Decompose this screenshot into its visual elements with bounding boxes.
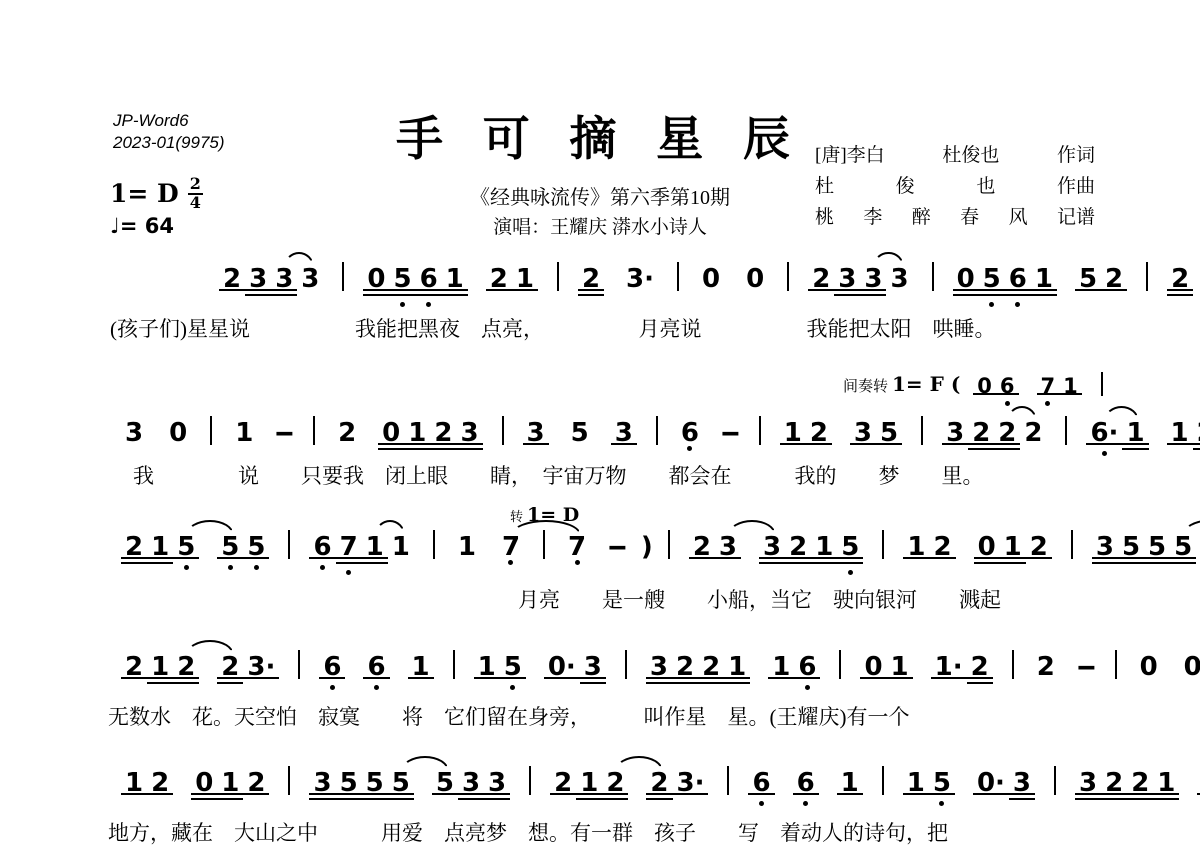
time-signature: 24 bbox=[188, 176, 203, 212]
octave-dot bbox=[400, 302, 405, 307]
beam-underline bbox=[759, 562, 863, 564]
lyrics-line-3: 月亮 是一艘 小船，当它 驶向银河 溅起 bbox=[518, 584, 1001, 614]
note-group: 3555 bbox=[309, 769, 413, 798]
paren: ) bbox=[641, 533, 653, 562]
credit-text: 桃 bbox=[815, 202, 834, 233]
note: 3 bbox=[121, 419, 147, 448]
beam-underline bbox=[973, 393, 1018, 395]
barline bbox=[759, 416, 761, 445]
beam-underline bbox=[953, 289, 1057, 291]
note-group: 2 bbox=[1167, 265, 1193, 294]
note-group: 2 bbox=[578, 265, 604, 294]
note: 1 bbox=[231, 419, 257, 448]
octave-dot bbox=[510, 685, 515, 690]
beam-underline bbox=[408, 677, 434, 679]
beam-underline bbox=[973, 793, 1035, 795]
note-group: 06 bbox=[973, 375, 1018, 398]
beam-underline bbox=[611, 443, 637, 445]
beam-underline bbox=[768, 677, 820, 679]
beam-underline bbox=[780, 443, 832, 445]
barline bbox=[625, 650, 627, 679]
note-group: 21 bbox=[486, 265, 538, 294]
note: 7 bbox=[498, 533, 524, 562]
beam-underline bbox=[544, 677, 606, 679]
note-group: 215 bbox=[121, 533, 199, 562]
beam-underline bbox=[363, 677, 389, 679]
beam-underline bbox=[191, 793, 269, 795]
note-group: 012 bbox=[191, 769, 269, 798]
credit-text: 记谱 bbox=[1057, 202, 1095, 233]
note-group: 3555 bbox=[1092, 533, 1196, 562]
note-group: 12 bbox=[903, 533, 955, 562]
slur-arc bbox=[186, 520, 234, 535]
beam-underline bbox=[1193, 448, 1200, 450]
barline bbox=[787, 262, 789, 291]
barline bbox=[668, 530, 670, 559]
note-group: 6 bbox=[748, 769, 774, 798]
beam-underline bbox=[121, 793, 173, 795]
beam-underline bbox=[1075, 798, 1179, 800]
note-group: 1·2 bbox=[931, 653, 993, 682]
slur-arc bbox=[284, 252, 314, 267]
beam-underline bbox=[1009, 798, 1035, 800]
note-group: 6 bbox=[319, 653, 345, 682]
note-group: 23 bbox=[689, 533, 741, 562]
beam-underline bbox=[378, 448, 482, 450]
note-group: 3 bbox=[121, 419, 147, 448]
beam-underline bbox=[1167, 294, 1193, 296]
barline bbox=[529, 766, 531, 795]
note-group: 3222 bbox=[942, 419, 1046, 448]
note: 0 bbox=[1136, 653, 1162, 682]
beam-underline bbox=[217, 557, 269, 559]
note: 0 bbox=[698, 265, 724, 294]
credit-text: 作词 bbox=[1057, 140, 1095, 171]
beam-underline bbox=[834, 294, 886, 296]
barline bbox=[1065, 416, 1067, 445]
beam-underline bbox=[903, 557, 955, 559]
note-group: 2333 bbox=[219, 265, 323, 294]
octave-dot bbox=[805, 685, 810, 690]
credit-row-composer: 杜 俊 也 作曲 bbox=[815, 171, 1095, 202]
duration-dash: - bbox=[720, 419, 742, 448]
octave-dot bbox=[374, 685, 379, 690]
note-group: 15 bbox=[903, 769, 955, 798]
octave-dot bbox=[1015, 302, 1020, 307]
slur-arc bbox=[186, 640, 234, 655]
note: 0 bbox=[742, 265, 768, 294]
interlude-key: 1= F ( bbox=[892, 372, 960, 396]
octave-dot bbox=[330, 685, 335, 690]
note-group: 23· bbox=[217, 653, 279, 682]
note-group: 1 bbox=[231, 419, 257, 448]
barline bbox=[1146, 262, 1148, 291]
key-label: 1= D bbox=[110, 179, 179, 208]
credit-row-lyricist: [唐]李白 杜俊也 作词 bbox=[815, 140, 1095, 171]
note-group: 3 bbox=[611, 419, 637, 448]
interlude-notes: 0671 bbox=[964, 372, 1113, 398]
beam-underline bbox=[245, 294, 297, 296]
note-group: 2 bbox=[1033, 653, 1059, 682]
beam-underline bbox=[1086, 443, 1148, 445]
octave-dot bbox=[254, 565, 259, 570]
note-group: 3· bbox=[622, 265, 658, 294]
octave-dot bbox=[1005, 401, 1010, 406]
beam-underline bbox=[217, 677, 279, 679]
beam-underline bbox=[808, 289, 886, 291]
note: 7 bbox=[564, 533, 590, 562]
note: 3· bbox=[622, 265, 658, 294]
slur-arc bbox=[1007, 406, 1037, 421]
beam-underline bbox=[793, 793, 819, 795]
beam-underline bbox=[1092, 562, 1196, 564]
slur-arc bbox=[1183, 520, 1200, 535]
barline bbox=[1071, 530, 1073, 559]
beam-underline bbox=[219, 289, 297, 291]
time-denominator: 4 bbox=[188, 193, 203, 212]
beam-underline bbox=[974, 557, 1052, 559]
credit-text: 杜俊也 bbox=[942, 140, 999, 171]
beam-underline bbox=[363, 294, 467, 296]
beam-underline bbox=[576, 798, 628, 800]
octave-dot bbox=[939, 801, 944, 806]
credit-text: 醉 bbox=[912, 202, 931, 233]
note-group: 0561 bbox=[363, 265, 467, 294]
octave-dot bbox=[1102, 451, 1107, 456]
barline bbox=[882, 766, 884, 795]
beam-underline bbox=[217, 682, 243, 684]
credit-row-transcriber: 桃 李 醉 春 风 记谱 bbox=[815, 202, 1095, 233]
credit-text: 李 bbox=[863, 202, 882, 233]
note-group: 55 bbox=[217, 533, 269, 562]
beam-underline bbox=[191, 798, 243, 800]
barline bbox=[1054, 766, 1056, 795]
credits-block: [唐]李白 杜俊也 作词 杜 俊 也 作曲 桃 李 醉 春 风 记谱 bbox=[815, 140, 1095, 233]
note-group: 12 bbox=[121, 769, 173, 798]
lyrics-line-5: 地方，藏在 大山之中 用爱 点亮梦 想。有一群 孩子 写 着动人的诗句，把 bbox=[108, 817, 948, 847]
lyrics-line-1: (孩子们)星星说 我能把黑夜 点亮， 月亮说 我能把太阳 哄睡。 bbox=[110, 313, 995, 343]
note: 5 bbox=[567, 419, 593, 448]
credit-text: 春 bbox=[960, 202, 979, 233]
note: 2 bbox=[1033, 653, 1059, 682]
sheet-page: { "meta": {"line1": "JP-Word6", "line2":… bbox=[0, 0, 1200, 850]
barline bbox=[298, 650, 300, 679]
octave-dot bbox=[320, 565, 325, 570]
note-group: 6 bbox=[677, 419, 703, 448]
note-group: 6 bbox=[793, 769, 819, 798]
note: 1 bbox=[388, 533, 414, 562]
beam-underline bbox=[837, 793, 863, 795]
duration-dash: - bbox=[274, 419, 296, 448]
slur-arc bbox=[375, 520, 405, 535]
beam-underline bbox=[336, 562, 388, 564]
beam-underline bbox=[1092, 557, 1196, 559]
duration-dash: - bbox=[607, 533, 629, 562]
note-group: 3 bbox=[523, 419, 549, 448]
beam-underline bbox=[646, 798, 672, 800]
beam-underline bbox=[1167, 443, 1200, 445]
beam-underline bbox=[860, 677, 912, 679]
beam-underline bbox=[953, 294, 1057, 296]
music-line-4: 21223·661150·3322116011·22-00231 bbox=[112, 650, 1200, 682]
music-line-1: 233305612123·00233305615223· bbox=[210, 262, 1200, 294]
note-group: 0 bbox=[1136, 653, 1162, 682]
music-line-2: 301-201233536-123532226·11211- bbox=[112, 416, 1200, 448]
note: 3 bbox=[886, 265, 912, 294]
slur-arc bbox=[873, 252, 903, 267]
beam-underline bbox=[931, 677, 993, 679]
octave-dot bbox=[346, 570, 351, 575]
barline bbox=[557, 262, 559, 291]
beam-underline bbox=[121, 562, 173, 564]
octave-dot bbox=[848, 570, 853, 575]
credit-text: 作曲 bbox=[1057, 171, 1095, 202]
beam-underline bbox=[850, 443, 902, 445]
note: 6 bbox=[677, 419, 703, 448]
barline bbox=[453, 650, 455, 679]
beam-underline bbox=[646, 677, 750, 679]
note-group: 2 bbox=[334, 419, 360, 448]
barline bbox=[656, 416, 658, 445]
credit-text: 俊 bbox=[896, 171, 915, 202]
note-group: 5 bbox=[567, 419, 593, 448]
beam-underline bbox=[523, 443, 549, 445]
note-group: 7 bbox=[564, 533, 590, 562]
barline bbox=[502, 416, 504, 445]
note-group: 1 bbox=[837, 769, 863, 798]
beam-underline bbox=[903, 793, 955, 795]
barline bbox=[433, 530, 435, 559]
note-group: 7 bbox=[498, 533, 524, 562]
octave-dot bbox=[426, 302, 431, 307]
beam-underline bbox=[319, 677, 345, 679]
beam-underline bbox=[974, 562, 1026, 564]
octave-dot bbox=[228, 565, 233, 570]
barline bbox=[313, 416, 315, 445]
note-group: 1 bbox=[408, 653, 434, 682]
note: 0 bbox=[165, 419, 191, 448]
note-group: 16 bbox=[768, 653, 820, 682]
octave-dot bbox=[184, 565, 189, 570]
note-group: 121 bbox=[1167, 419, 1200, 448]
beam-underline bbox=[121, 557, 199, 559]
note: 3 bbox=[297, 265, 323, 294]
beam-underline bbox=[309, 793, 413, 795]
barline bbox=[727, 766, 729, 795]
beam-underline bbox=[486, 289, 538, 291]
beam-underline bbox=[759, 557, 863, 559]
note-group: 0 bbox=[1180, 653, 1200, 682]
beam-underline bbox=[147, 682, 199, 684]
note-group: 3215 bbox=[759, 533, 863, 562]
beam-underline bbox=[580, 682, 606, 684]
note-group: 0 bbox=[698, 265, 724, 294]
credit-text: 风 bbox=[1009, 202, 1028, 233]
key-signature: 1= D24 bbox=[110, 176, 203, 212]
note-group: 23· bbox=[646, 769, 708, 798]
beam-underline bbox=[378, 443, 482, 445]
slur-arc bbox=[615, 756, 663, 771]
slur-arc bbox=[1104, 406, 1139, 421]
beam-underline bbox=[1075, 793, 1179, 795]
barline bbox=[921, 416, 923, 445]
barline bbox=[288, 766, 290, 795]
lyrics-line-2: 我 说 只要我 闭上眼 睛， 宇宙万物 都会在 我的 梦 里。 bbox=[133, 460, 984, 490]
barline bbox=[210, 416, 212, 445]
octave-dot bbox=[759, 801, 764, 806]
beam-underline bbox=[474, 677, 526, 679]
beam-underline bbox=[550, 793, 628, 795]
modulation-label: 转 bbox=[510, 509, 523, 524]
barline bbox=[1115, 650, 1117, 679]
tempo-marking: ♩= 64 bbox=[110, 214, 174, 238]
beam-underline bbox=[689, 557, 741, 559]
beam-underline bbox=[363, 289, 467, 291]
interlude-annotation: 间奏转 1= F (0671 bbox=[843, 372, 1113, 398]
beam-underline bbox=[309, 557, 387, 559]
barline bbox=[932, 262, 934, 291]
note-group: 0·3 bbox=[973, 769, 1035, 798]
barline bbox=[1101, 372, 1103, 396]
beam-underline bbox=[578, 294, 604, 296]
note-group: 1 bbox=[454, 533, 480, 562]
beam-underline bbox=[578, 289, 604, 291]
note-group: 6711 bbox=[309, 533, 413, 562]
octave-dot bbox=[687, 446, 692, 451]
note-group: 3221 bbox=[1075, 769, 1179, 798]
octave-dot bbox=[989, 302, 994, 307]
credit-text: [唐]李白 bbox=[815, 140, 885, 171]
note-group: 533 bbox=[432, 769, 510, 798]
note-group: 212 bbox=[550, 769, 628, 798]
note: 0 bbox=[1180, 653, 1200, 682]
music-line-5: 12012355553321223·661150·33221163 bbox=[112, 766, 1200, 798]
slur-arc bbox=[728, 520, 776, 535]
barline bbox=[288, 530, 290, 559]
barline bbox=[1012, 650, 1014, 679]
beam-underline bbox=[1037, 393, 1082, 395]
beam-underline bbox=[1075, 289, 1127, 291]
octave-dot bbox=[1045, 401, 1050, 406]
beam-underline bbox=[748, 793, 774, 795]
beam-underline bbox=[121, 677, 199, 679]
note-group: 2333 bbox=[808, 265, 912, 294]
beam-underline bbox=[309, 798, 413, 800]
note-group: 3221 bbox=[646, 653, 750, 682]
beam-underline bbox=[968, 448, 1020, 450]
beam-underline bbox=[432, 793, 510, 795]
note-group: 6·1 bbox=[1086, 419, 1148, 448]
note-group: 12 bbox=[780, 419, 832, 448]
time-numerator: 2 bbox=[188, 176, 203, 193]
interlude-label: 间奏转 bbox=[843, 379, 888, 395]
credit-text: 也 bbox=[976, 171, 995, 202]
note: 2 bbox=[334, 419, 360, 448]
duration-dash: - bbox=[1075, 653, 1097, 682]
note-group: 0561 bbox=[953, 265, 1057, 294]
note: 2 bbox=[1020, 419, 1046, 448]
octave-dot bbox=[575, 560, 580, 565]
barline bbox=[677, 262, 679, 291]
note-group: 15 bbox=[474, 653, 526, 682]
note-group: 52 bbox=[1075, 265, 1127, 294]
barline bbox=[839, 650, 841, 679]
note-group: 0 bbox=[742, 265, 768, 294]
note-group: 0 bbox=[165, 419, 191, 448]
note-group: 0123 bbox=[378, 419, 482, 448]
barline bbox=[882, 530, 884, 559]
beam-underline bbox=[942, 443, 1020, 445]
beam-underline bbox=[1167, 289, 1193, 291]
note-group: 71 bbox=[1037, 375, 1082, 398]
slur-arc bbox=[401, 756, 449, 771]
octave-dot bbox=[803, 801, 808, 806]
lyrics-line-4: 无数水 花。天空怕 寂寞 将 它们留在身旁， 叫作星 星。(王耀庆)有一个 bbox=[108, 701, 909, 731]
note-group: 01 bbox=[860, 653, 912, 682]
note-group: 212 bbox=[121, 653, 199, 682]
note-group: 012 bbox=[974, 533, 1052, 562]
beam-underline bbox=[646, 682, 750, 684]
beam-underline bbox=[646, 793, 708, 795]
beam-underline bbox=[1122, 448, 1148, 450]
note-group: 0·3 bbox=[544, 653, 606, 682]
credit-text: 杜 bbox=[815, 171, 834, 202]
beam-underline bbox=[458, 798, 510, 800]
music-line-3: 215556711177-)233215120123555533 bbox=[112, 530, 1200, 562]
barline bbox=[342, 262, 344, 291]
note: 1 bbox=[454, 533, 480, 562]
octave-dot bbox=[508, 560, 513, 565]
beam-underline bbox=[967, 682, 993, 684]
note-group: 35 bbox=[850, 419, 902, 448]
note-group: 6 bbox=[363, 653, 389, 682]
